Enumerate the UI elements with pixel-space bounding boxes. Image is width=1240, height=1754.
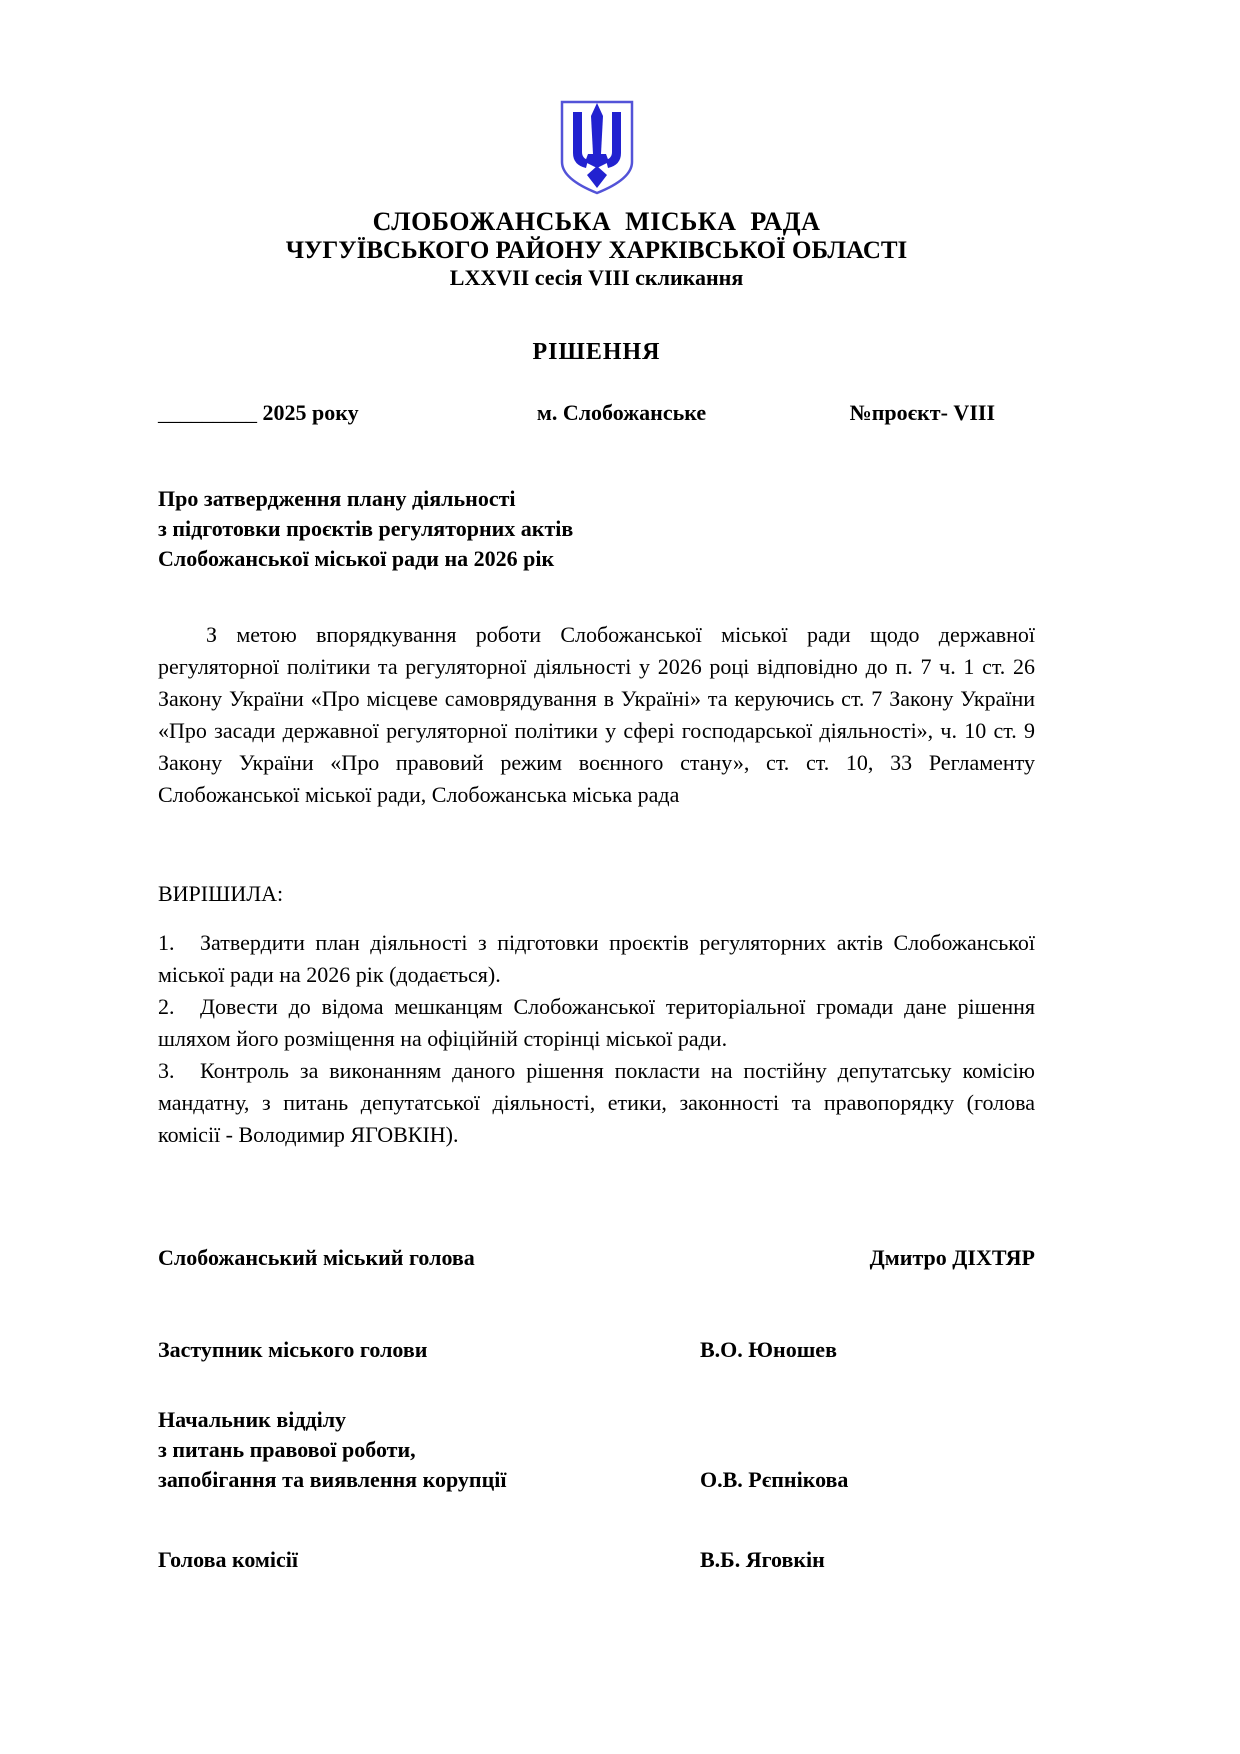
signature-name: О.В. Рєпнікова	[700, 1465, 848, 1495]
item-text: Довести до відома мешканцям Слобожансько…	[158, 994, 1035, 1051]
date-blank-line: _________	[158, 400, 257, 425]
resolution-items: 1.Затвердити план діяльності з підготовк…	[158, 927, 1035, 1151]
subject-line: Слобожанської міської ради на 2026 рік	[158, 544, 1035, 574]
signature-name: В.О. Юношев	[700, 1335, 837, 1365]
signature-name: В.Б. Яговкін	[700, 1545, 825, 1575]
session-line: LXXVII сесія VIII скликання	[158, 265, 1035, 291]
signature-block: Слобожанський міський голова Дмитро ДІХТ…	[158, 1243, 1035, 1575]
signature-name: Дмитро ДІХТЯР	[870, 1243, 1035, 1273]
preamble-paragraph: З метою впорядкування роботи Слобожанськ…	[158, 619, 1035, 811]
signature-title: Заступник міського голови	[158, 1335, 700, 1365]
org-name-line2: ЧУГУЇВСЬКОГО РАЙОНУ ХАРКІВСЬКОЇ ОБЛАСТІ	[158, 237, 1035, 265]
document-page: СЛОБОЖАНСЬКА МІСЬКА РАДА ЧУГУЇВСЬКОГО РА…	[0, 0, 1240, 1754]
signature-title: Голова комісії	[158, 1545, 700, 1575]
item-number: 1.	[158, 927, 200, 959]
signature-title: Слобожанський міський голова	[158, 1243, 700, 1273]
ukraine-trident-emblem	[556, 183, 638, 200]
resolution-item: 3.Контроль за виконанням даного рішення …	[158, 1055, 1035, 1151]
document-type-title: РІШЕННЯ	[158, 339, 1035, 366]
document-number: №проєкт- VIII	[775, 400, 1035, 426]
subject-line: Про затвердження плану діяльності	[158, 484, 1035, 514]
place-label: м. Слобожанське	[468, 400, 775, 426]
signature-row: Заступник міського голови В.О. Юношев	[158, 1335, 1035, 1365]
signature-row: Начальник відділу з питань правової робо…	[158, 1405, 1035, 1495]
item-number: 3.	[158, 1055, 200, 1087]
subject-line: з підготовки проєктів регуляторних актів	[158, 514, 1035, 544]
item-number: 2.	[158, 991, 200, 1023]
emblem-wrap	[158, 100, 1035, 201]
signature-row: Слобожанський міський голова Дмитро ДІХТ…	[158, 1243, 1035, 1273]
date-place-number-row: _________ 2025 року м. Слобожанське №про…	[158, 400, 1035, 426]
signature-title: Начальник відділу з питань правової робо…	[158, 1405, 700, 1495]
resolved-label: ВИРІШИЛА:	[158, 881, 1035, 907]
resolution-item: 1.Затвердити план діяльності з підготовк…	[158, 927, 1035, 991]
signature-row: Голова комісії В.Б. Яговкін	[158, 1545, 1035, 1575]
org-name-line1: СЛОБОЖАНСЬКА МІСЬКА РАДА	[158, 207, 1035, 237]
item-text: Контроль за виконанням даного рішення по…	[158, 1058, 1035, 1147]
subject-block: Про затвердження плану діяльності з підг…	[158, 484, 1035, 574]
resolution-item: 2.Довести до відома мешканцям Слобожансь…	[158, 991, 1035, 1055]
item-text: Затвердити план діяльності з підготовки …	[158, 930, 1035, 987]
date-field: _________ 2025 року	[158, 400, 468, 426]
date-year-label: 2025 року	[263, 400, 359, 425]
